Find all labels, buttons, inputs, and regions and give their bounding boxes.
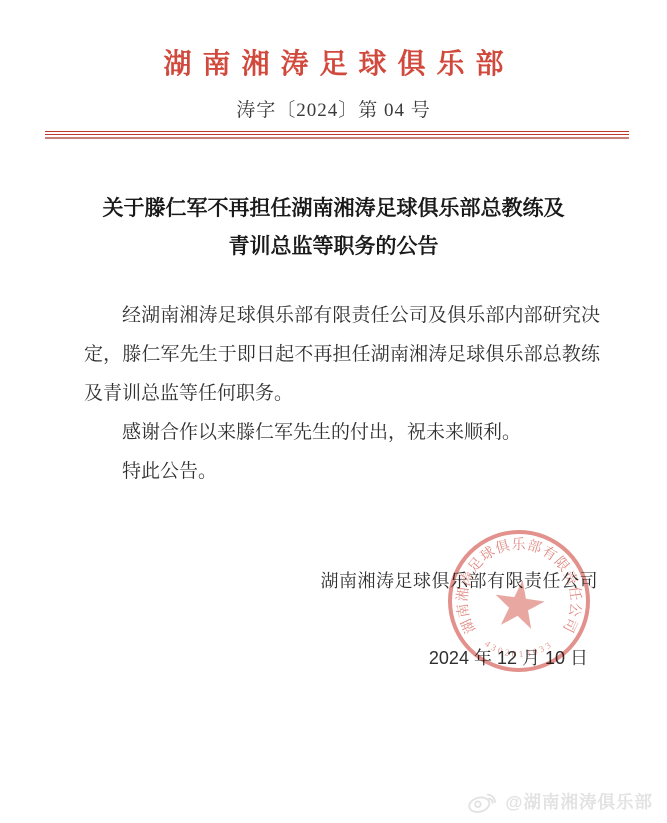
body-paragraph: 特此公告。 [84, 452, 600, 491]
rule-thick-line [45, 131, 629, 135]
announcement-title: 关于滕仁军不再担任湖南湘涛足球俱乐部总教练及 青训总监等职务的公告 [40, 189, 627, 265]
red-divider-rule [45, 131, 629, 139]
weibo-icon [467, 788, 499, 814]
announcement-body: 经湖南湘涛足球俱乐部有限责任公司及俱乐部内部研究决定，滕仁军先生于即日起不再担任… [84, 296, 600, 491]
document-page: 湖南湘涛足球俱乐部 涛字〔2024〕第 04 号 关于滕仁军不再担任湖南湘涛足球… [0, 0, 667, 823]
doc-number: 涛字〔2024〕第 04 号 [0, 95, 667, 122]
announcement-title-line-2: 青训总监等职务的公告 [40, 227, 627, 265]
weibo-watermark: @湖南湘涛俱乐部 [467, 788, 653, 814]
body-paragraph: 感谢合作以来滕仁军先生的付出，祝未来顺利。 [84, 413, 600, 452]
official-seal: 湖南湘涛足球俱乐部有限责任公司 4302013033 [434, 516, 604, 686]
org-title: 湖南湘涛足球俱乐部 [0, 42, 667, 82]
watermark-text: @湖南湘涛俱乐部 [505, 789, 653, 814]
star-icon [492, 577, 548, 630]
rule-thin-line [45, 137, 629, 139]
seal-serial-container: 4302013033 [483, 638, 555, 659]
seal-serial-number: 4302013033 [483, 638, 555, 659]
announcement-title-line-1: 关于滕仁军不再担任湖南湘涛足球俱乐部总教练及 [40, 189, 627, 227]
body-paragraph: 经湖南湘涛足球俱乐部有限责任公司及俱乐部内部研究决定，滕仁军先生于即日起不再担任… [84, 296, 600, 413]
